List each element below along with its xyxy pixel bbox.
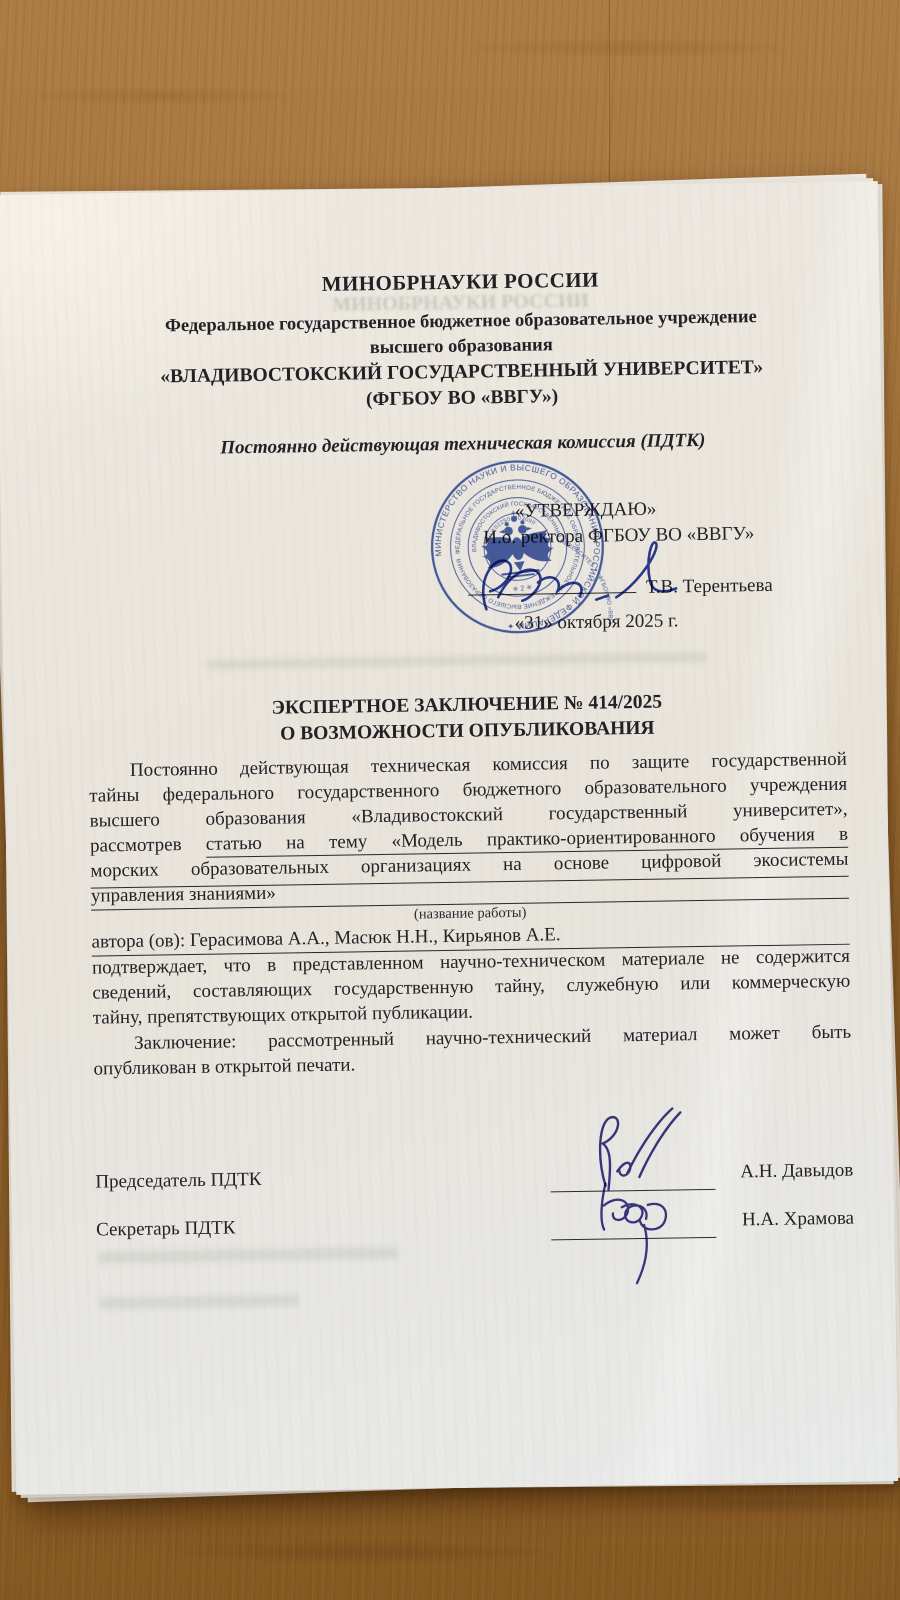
- wood-seam-line: [609, 0, 610, 190]
- body-line-part: рассмотрев: [90, 834, 206, 857]
- bleedthrough-ghost-bar: [99, 1294, 299, 1309]
- document-page: МИНОБРНАУКИ РОССИИ МИНОБРНАУКИ РОССИИ Фе…: [0, 181, 898, 1495]
- secretary-role: Секретарь ПДТК: [96, 1217, 236, 1241]
- secretary-signature-row: Секретарь ПДТК Н.А. Храмова: [96, 1204, 854, 1242]
- authors-list: автора (ов): Герасимова А.А., Масюк Н.Н.…: [91, 924, 560, 952]
- bleedthrough-ghost-bar: [98, 1247, 398, 1264]
- work-title-end: управления знаниями»: [91, 883, 276, 907]
- chairman-signature-row: Председатель ПДТК А.Н. Давыдов: [95, 1156, 853, 1194]
- ministry-heading: МИНОБРНАУКИ РОССИИ: [81, 264, 839, 301]
- bleedthrough-ghost-bar: [207, 652, 707, 670]
- secretary-name: Н.А. Храмова: [742, 1208, 854, 1232]
- chairman-name: А.Н. Давыдов: [740, 1160, 853, 1184]
- university-stamp: МИНИСТЕРСТВО НАУКИ И ВЫСШЕГО ОБРАЗОВАНИЯ…: [420, 449, 616, 645]
- document-content: МИНОБРНАУКИ РОССИИ МИНОБРНАУКИ РОССИИ Фе…: [80, 182, 858, 1494]
- commission-line: Постоянно действующая техническая комисс…: [84, 428, 842, 462]
- chairman-role: Председатель ПДТК: [95, 1169, 261, 1194]
- secretary-ink-signature: [591, 1176, 689, 1287]
- stamp-sector-mark: ✳ 2 ✳: [512, 583, 533, 593]
